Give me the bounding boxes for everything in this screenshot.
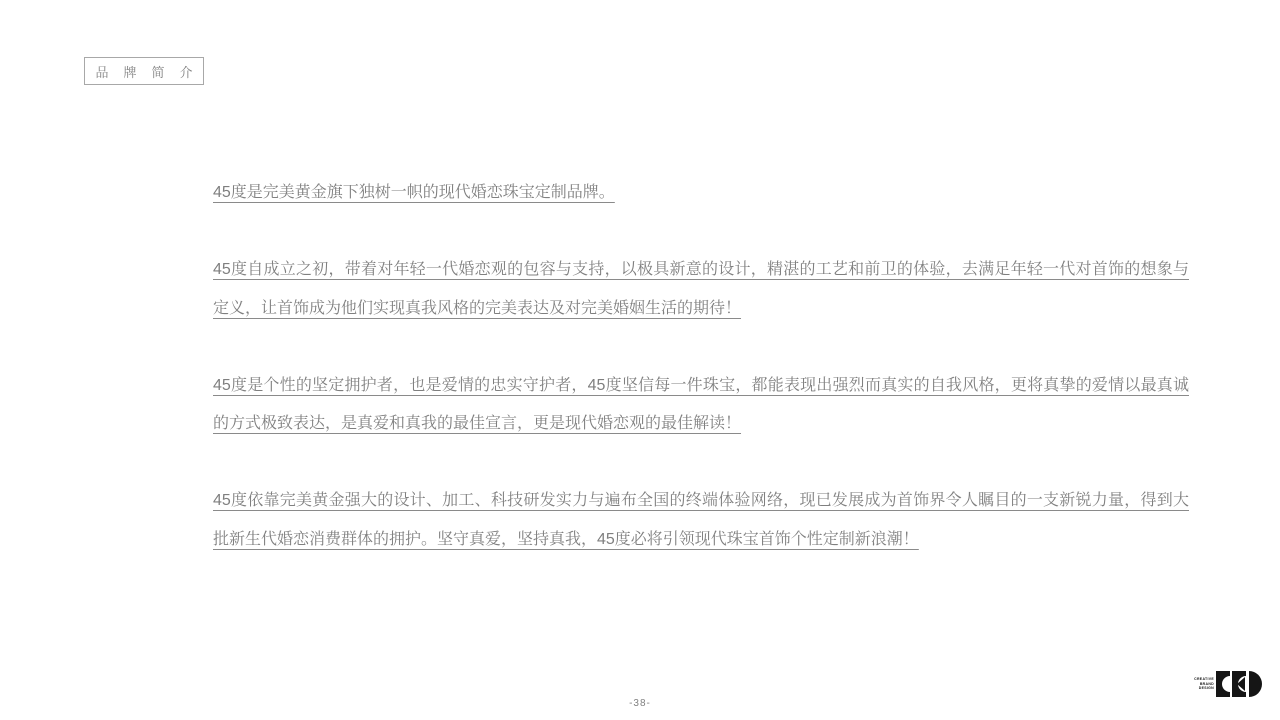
slide: { "page": { "background": "#ffffff", "te… [0, 0, 1280, 720]
kd-logo-icon [1216, 664, 1270, 704]
brand-intro-tag: 品牌简介 [84, 57, 204, 85]
paragraph-1: 45度是完美黄金旗下独树一帜的现代婚恋珠宝定制品牌。 [213, 174, 1189, 213]
kd-logo: CREATIVE BRAND DESIGN [1194, 664, 1270, 704]
paragraph-2: 45度自成立之初，带着对年轻一代婚恋观的包容与支持，以极具新意的设计，精湛的工艺… [213, 251, 1189, 328]
kd-logo-text: CREATIVE BRAND DESIGN [1194, 677, 1214, 691]
paragraph-4: 45度依靠完美黄金强大的设计、加工、科技研发实力与遍布全国的终端体验网络，现已发… [213, 482, 1189, 559]
brand-intro-content: 45度是完美黄金旗下独树一帜的现代婚恋珠宝定制品牌。 45度自成立之初，带着对年… [213, 174, 1189, 598]
page-number: -38- [0, 698, 1280, 709]
paragraph-3: 45度是个性的坚定拥护者，也是爱情的忠实守护者，45度坚信每一件珠宝，都能表现出… [213, 367, 1189, 444]
brand-intro-tag-label: 品牌简介 [95, 62, 207, 81]
